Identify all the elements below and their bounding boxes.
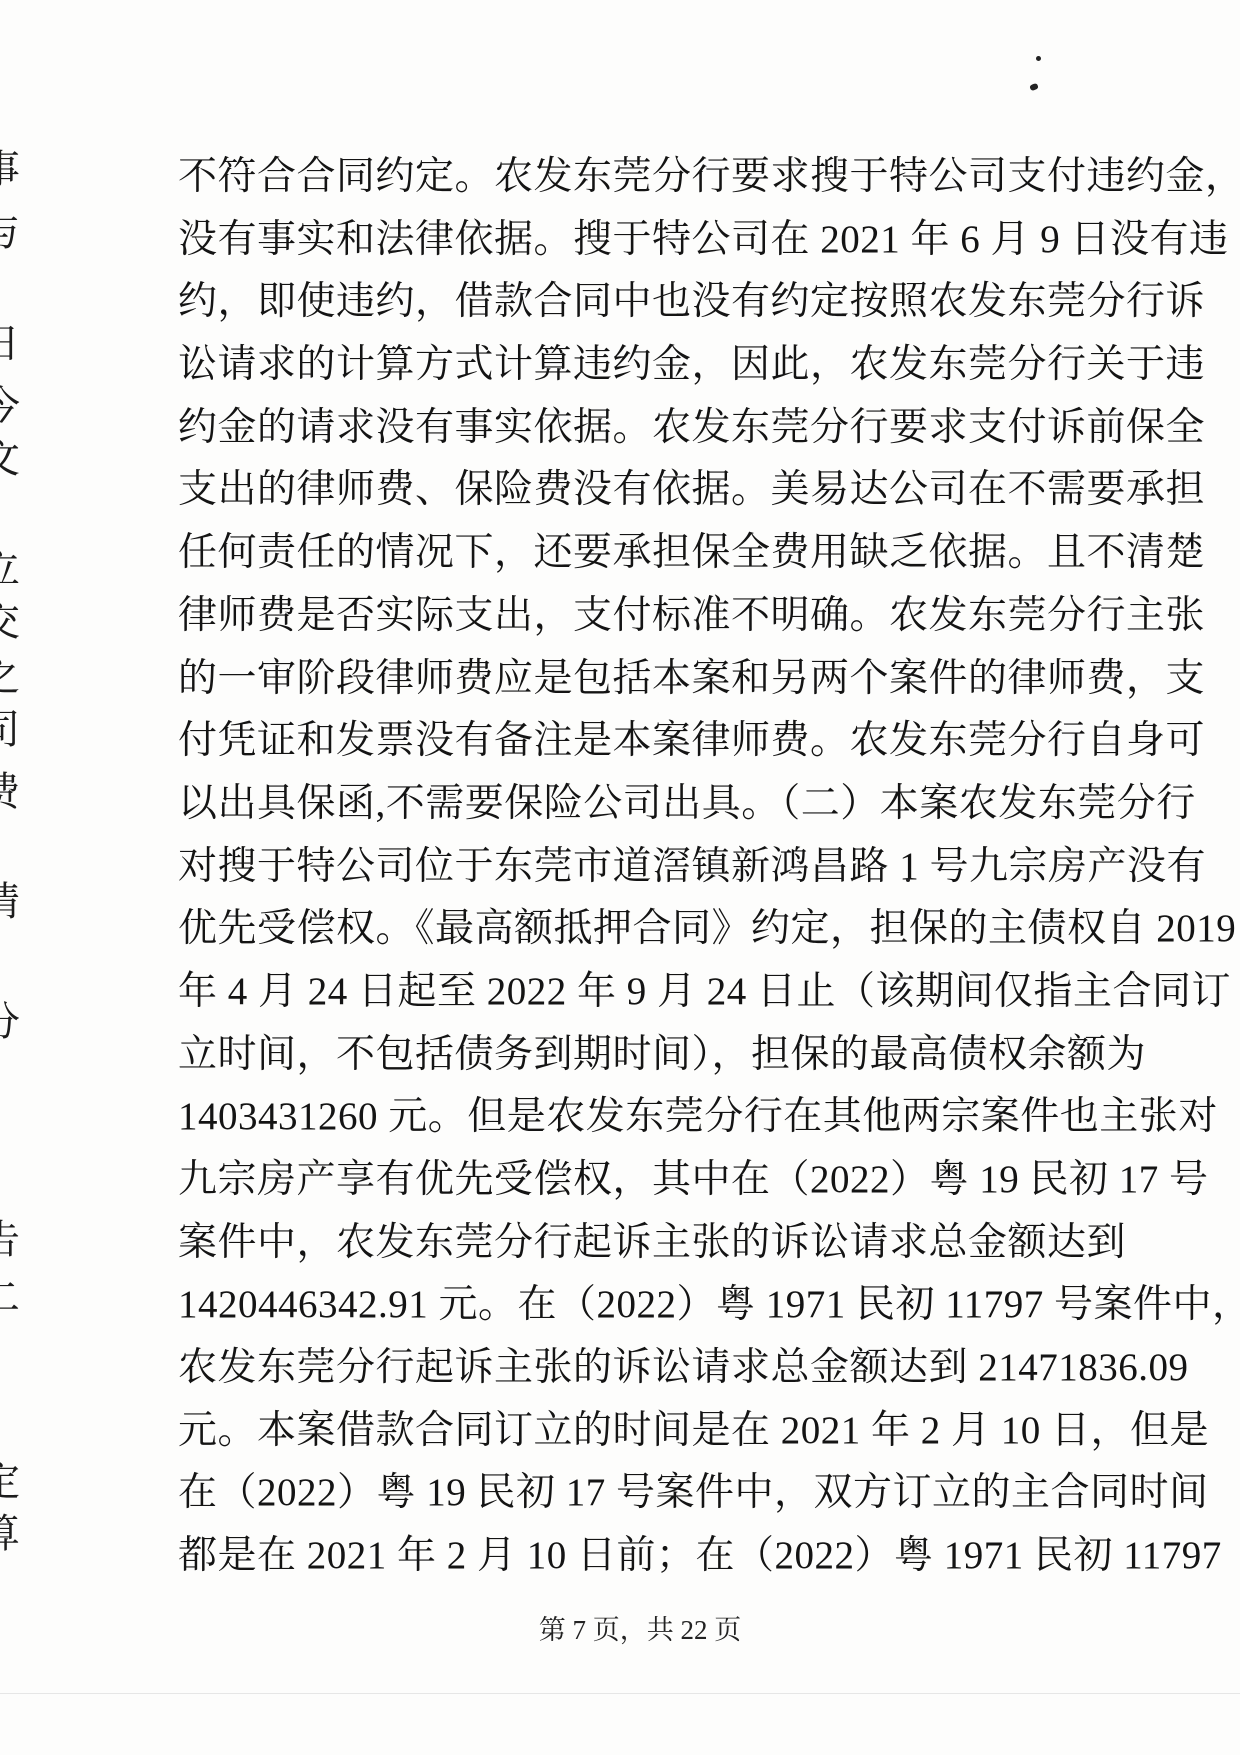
margin-fragment-char: 》 xyxy=(0,490,22,534)
left-margin-clipped-text: 事 与 ， 日 今 文 》 立 交 之 司 费 0 请 3 分 ） 告 二 定 … xyxy=(0,0,60,1755)
document-page: 不符合合同约定。农发东莞分行要求搜于特公司支付违约金， 没有事实和法律依据。搜于… xyxy=(0,0,1240,1755)
ink-speck xyxy=(1029,83,1039,91)
margin-fragment-char: 立 xyxy=(0,547,22,591)
margin-fragment-char: 告 xyxy=(0,1218,22,1262)
body-line: 元。本案借款合同订立的时间是在 2021 年 2 月 10 日，但是 xyxy=(178,1400,1066,1463)
body-line: 讼请求的计算方式计算违约金，因此，农发东莞分行关于违 xyxy=(178,334,1066,397)
body-line: 九宗房产享有优先受偿权，其中在（2022）粤 19 民初 17 号 xyxy=(178,1149,1066,1212)
body-line: 的一审阶段律师费应是包括本案和另两个案件的律师费，支 xyxy=(178,648,1066,711)
margin-fragment-char: 3 xyxy=(0,943,22,987)
margin-fragment-char: 算 xyxy=(0,1512,22,1556)
body-line: 在（2022）粤 19 民初 17 号案件中，双方订立的主合同时间 xyxy=(178,1462,1066,1525)
body-line: 农发东莞分行起诉主张的诉讼请求总金额达到 21471836.09 xyxy=(178,1337,1066,1400)
body-line: 约，即使违约，借款合同中也没有约定按照农发东莞分行诉 xyxy=(178,271,1066,334)
ink-speck xyxy=(906,878,910,882)
body-line: 案件中，农发东莞分行起诉主张的诉讼请求总金额达到 xyxy=(178,1212,1066,1275)
margin-fragment-char: 交 xyxy=(0,600,22,644)
margin-fragment-char: 费 xyxy=(0,770,22,814)
margin-fragment-char: 之 xyxy=(0,655,22,699)
body-line: 任何责任的情况下，还要承担保全费用缺乏依据。且不清楚 xyxy=(178,522,1066,585)
body-line: 1403431260 元。但是农发东莞分行在其他两宗案件也主张对 xyxy=(178,1086,1066,1149)
body-line: 付凭证和发票没有备注是本案律师费。农发东莞分行自身可 xyxy=(178,710,1066,773)
margin-fragment-char: 定 xyxy=(0,1460,22,1504)
margin-fragment-char: ， xyxy=(0,268,22,312)
margin-fragment-char: 事 xyxy=(0,148,22,192)
margin-fragment-char: 司 xyxy=(0,708,22,752)
margin-fragment-char: ） xyxy=(0,1113,22,1157)
margin-fragment-char: 与 xyxy=(0,210,22,254)
margin-fragment-char: 今 xyxy=(0,384,22,428)
body-line: 律师费是否实际支出，支付标准不明确。农发东莞分行主张 xyxy=(178,585,1066,648)
margin-fragment-char: 日 xyxy=(0,322,22,366)
body-line: 立时间，不包括债务到期时间），担保的最高债权余额为 xyxy=(178,1024,1066,1087)
body-line: 都是在 2021 年 2 月 10 日前；在（2022）粤 1971 民初 11… xyxy=(178,1525,1066,1588)
body-line: 年 4 月 24 日起至 2022 年 9 月 24 日止（该期间仅指主合同订 xyxy=(178,961,1066,1024)
ink-speck xyxy=(1036,56,1041,61)
margin-fragment-char: 文 xyxy=(0,437,22,481)
margin-fragment-char: 二 xyxy=(0,1276,22,1320)
body-line: 优先受偿权。《最高额抵押合同》约定，担保的主债权自 2019 xyxy=(178,898,1066,961)
margin-fragment-char: 0 xyxy=(0,833,22,877)
body-line: 约金的请求没有事实依据。农发东莞分行要求支付诉前保全 xyxy=(178,397,1066,460)
body-line: 不符合合同约定。农发东莞分行要求搜于特公司支付违约金， xyxy=(178,146,1066,209)
scan-edge-line xyxy=(0,1693,1240,1694)
margin-fragment-char: 请 xyxy=(0,880,22,924)
body-line: 支出的律师费、保险费没有依据。美易达公司在不需要承担 xyxy=(178,459,1066,522)
body-line: 没有事实和法律依据。搜于特公司在 2021 年 6 月 9 日没有违 xyxy=(178,209,1066,272)
page-number: 第 7 页，共 22 页 xyxy=(0,1608,1240,1647)
body-line: 以出具保函,不需要保险公司出具。（二）本案农发东莞分行 xyxy=(178,773,1066,836)
body-line: 1420446342.91 元。在（2022）粤 1971 民初 11797 号… xyxy=(178,1274,1066,1337)
body-line: 对搜于特公司位于东莞市道滘镇新鸿昌路 1 号九宗房产没有 xyxy=(178,836,1066,899)
margin-fragment-char: 分 xyxy=(0,1000,22,1044)
body-text-block: 不符合合同约定。农发东莞分行要求搜于特公司支付违约金， 没有事实和法律依据。搜于… xyxy=(178,146,1066,1588)
